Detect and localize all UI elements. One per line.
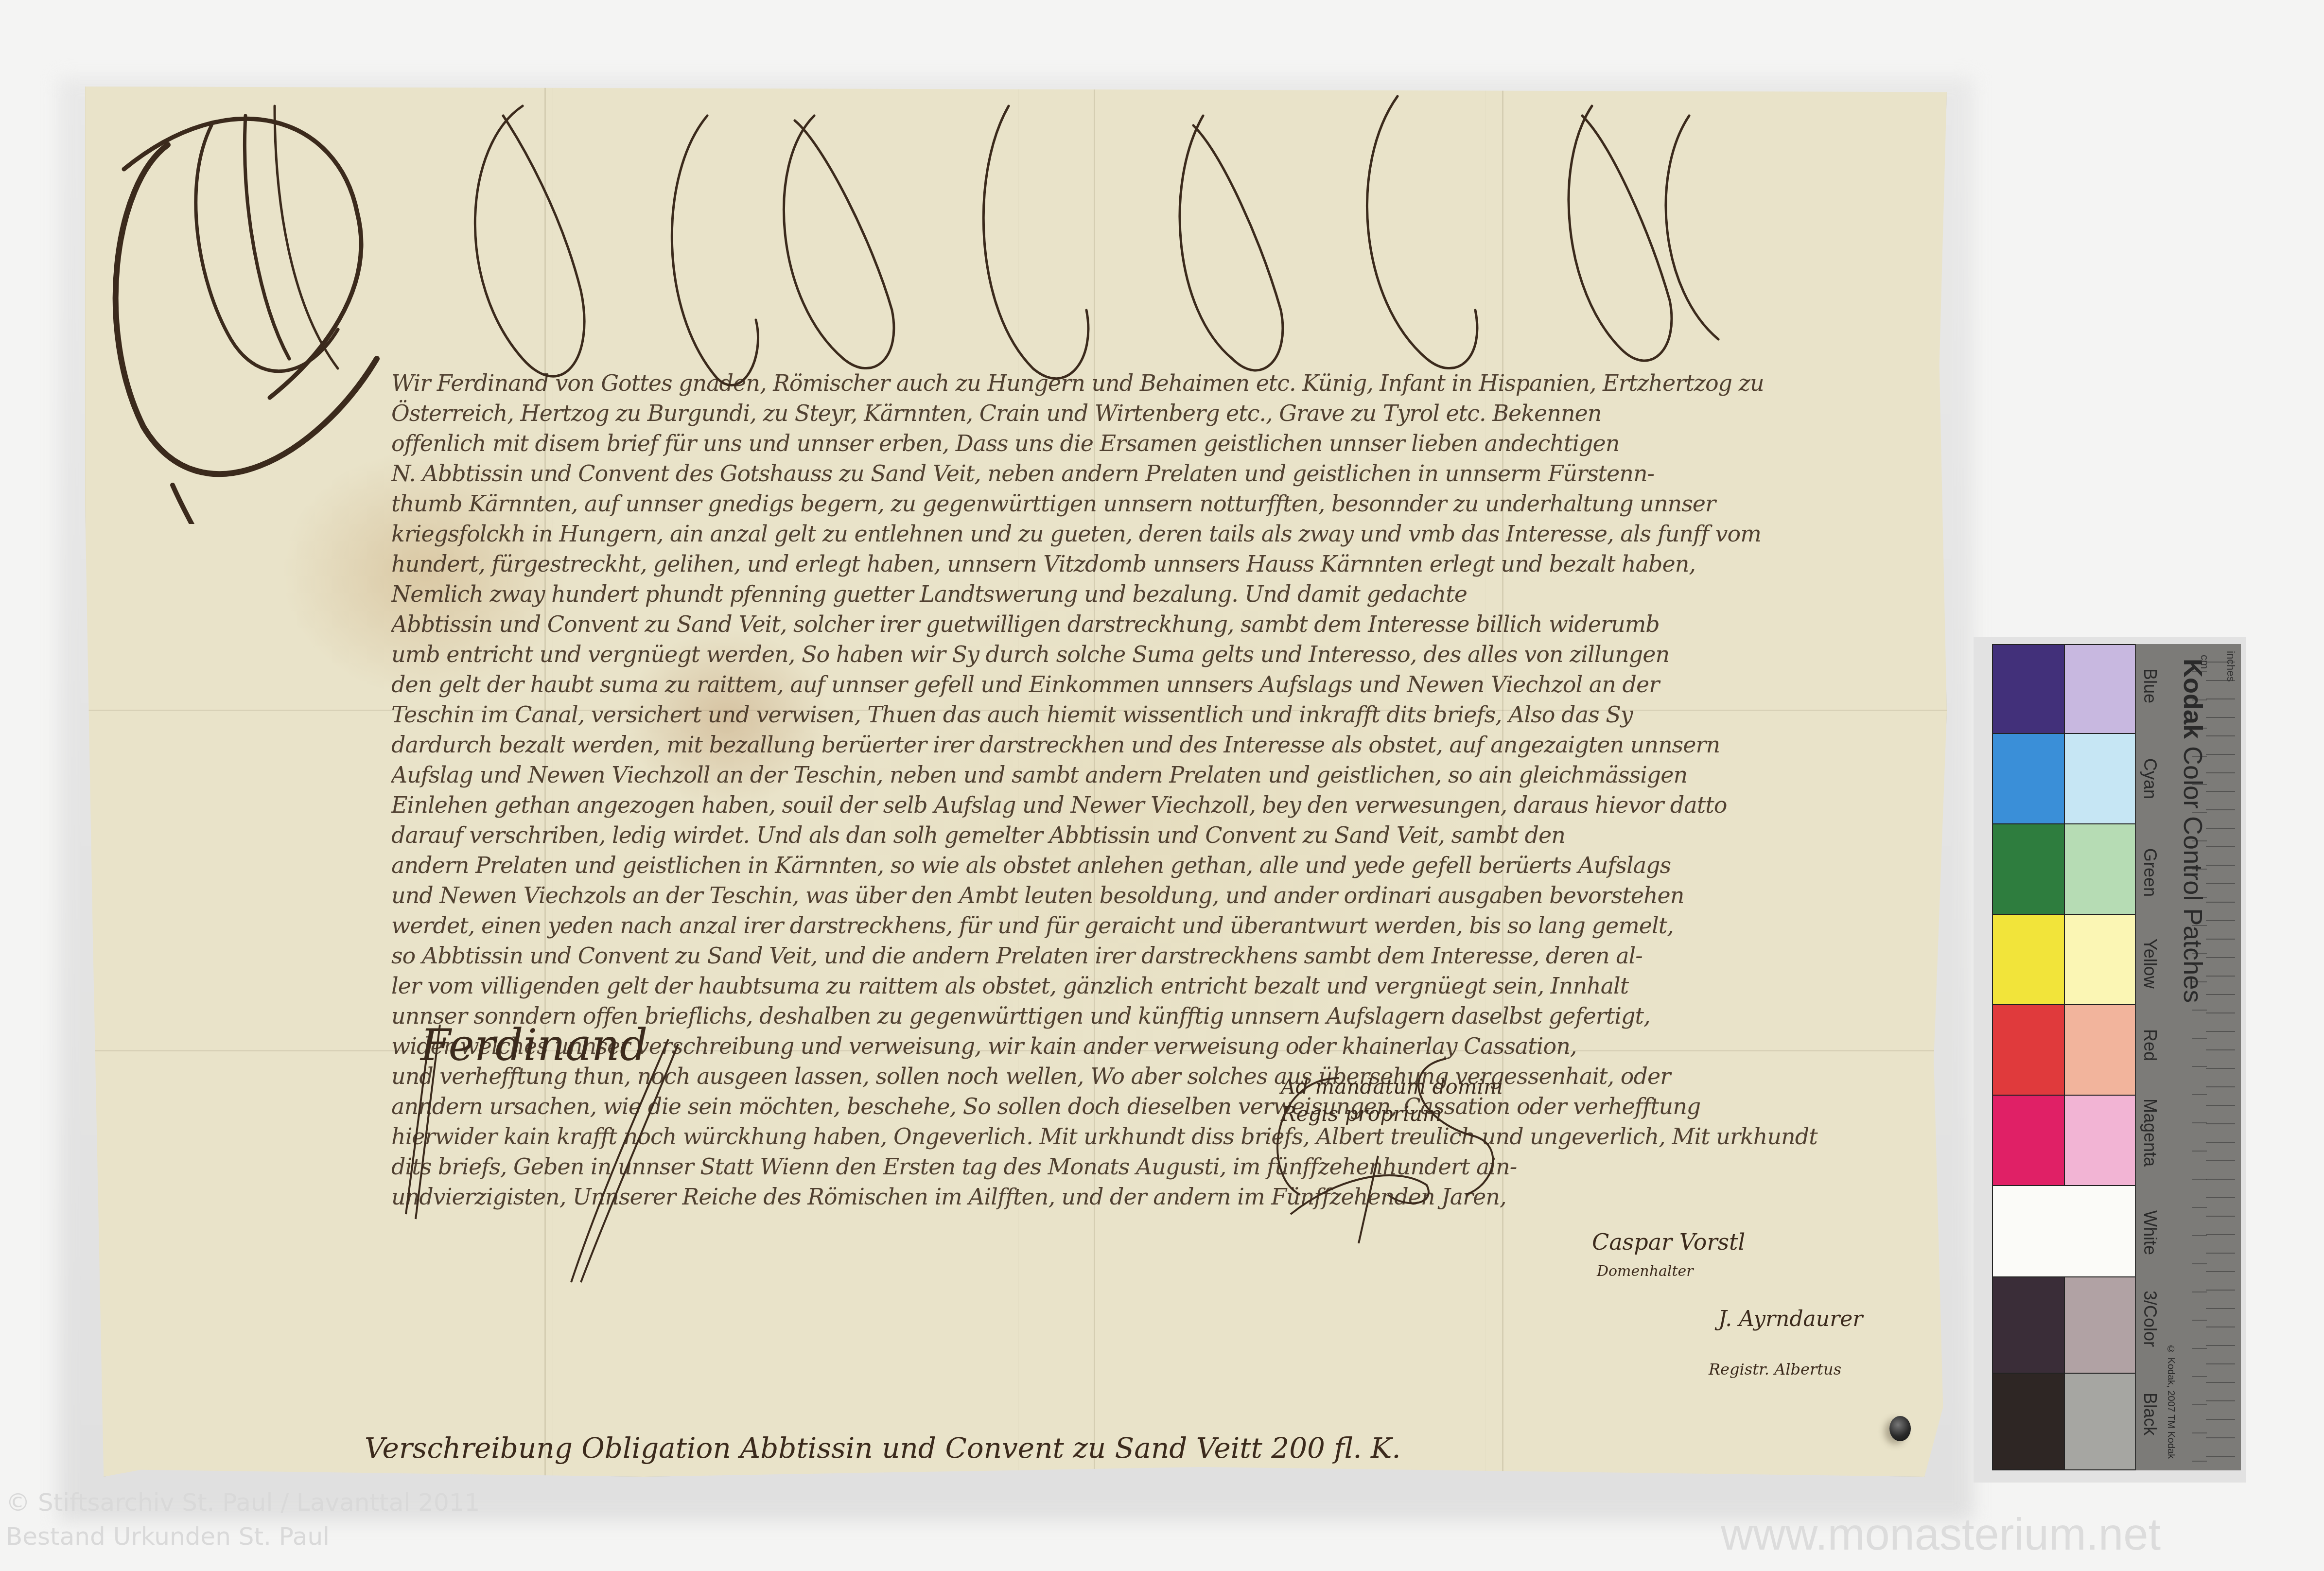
patch-cyan-light — [2064, 733, 2136, 824]
text-line: Teschin im Canal, versichert und verwise… — [391, 700, 1888, 729]
patch-green-light — [2064, 823, 2136, 915]
text-line: so Abbtissin und Convent zu Sand Veit, u… — [391, 941, 1888, 970]
patch-yellow-dark — [1992, 914, 2065, 1005]
label-green: Green — [2140, 848, 2160, 897]
text-line: N. Abbtissin und Convent des Gotshauss z… — [391, 459, 1888, 488]
signature-official-1: Caspar Vorstl — [1592, 1229, 1745, 1255]
patch-magenta-light — [2064, 1095, 2136, 1186]
text-line: thumb Kärnnten, auf unnser gnedigs beger… — [391, 489, 1888, 518]
measurement-ruler: Kodak Color Control Patches Blue Cyan Gr… — [2135, 644, 2241, 1470]
mounting-pin — [1971, 81, 1992, 106]
text-line: Abbtissin und Convent zu Sand Veit, solc… — [391, 610, 1888, 639]
patch-3color-dark — [1992, 1276, 2065, 1374]
text-line: kriegsfolckh in Hungern, ain anzal gelt … — [391, 519, 1888, 548]
inch-ticks — [2206, 644, 2235, 1470]
label-yellow: Yellow — [2140, 939, 2160, 989]
text-line: Nemlich zway hundert phundt pfenning gue… — [391, 579, 1888, 609]
text-line: andern Prelaten und geistlichen in Kärnn… — [391, 851, 1888, 880]
text-line: Einlehen gethan angezogen haben, souil d… — [391, 790, 1888, 820]
archive-fonds-watermark: Bestand Urkunden St. Paul — [6, 1522, 330, 1551]
patch-red-light — [2064, 1004, 2136, 1096]
patch-cyan-dark — [1992, 733, 2065, 824]
label-black: Black — [2140, 1393, 2160, 1435]
monasterium-url-watermark: www.monasterium.net — [1721, 1509, 2161, 1560]
label-magenta: Magenta — [2140, 1099, 2160, 1167]
text-line: dardurch bezalt werden, mit bezallung be… — [391, 730, 1888, 759]
patch-blue-light — [2064, 644, 2136, 734]
chancery-flourish — [1242, 1049, 1514, 1243]
patch-black-dark — [1992, 1373, 2065, 1470]
patch-black-light — [2064, 1373, 2136, 1470]
charter-parchment: Wir Ferdinand von Gottes gnaden, Römisch… — [85, 87, 1947, 1477]
kodak-brand-title: Kodak Color Control Patches — [2178, 659, 2208, 1003]
text-line: den gelt der haubt suma zu raittem, auf … — [391, 670, 1888, 699]
signature-official-4: Registr. Albertus — [1709, 1360, 1841, 1379]
text-line: werdet, einen yeden nach anzal irer dars… — [391, 911, 1888, 940]
mounting-pin — [1889, 1416, 1911, 1441]
label-3color: 3/Color — [2140, 1291, 2160, 1347]
patch-white — [1992, 1185, 2136, 1277]
text-line: und Newen Viechzols an der Teschin, was … — [391, 881, 1888, 910]
kodak-copyright: © Kodak, 2007 TM Kodak — [2165, 1344, 2176, 1459]
text-line: darauf verschriben, ledig wirdet. Und al… — [391, 820, 1888, 850]
text-line: offenlich mit disem brief für uns und un… — [391, 429, 1888, 458]
patch-magenta-dark — [1992, 1095, 2065, 1186]
patch-3color-light — [2064, 1276, 2136, 1374]
patch-yellow-light — [2064, 914, 2136, 1005]
archive-copyright-watermark: © Stiftsarchiv St. Paul / Lavanttal 2011 — [6, 1488, 480, 1517]
patch-green-dark — [1992, 823, 2065, 915]
text-line: Wir Ferdinand von Gottes gnaden, Römisch… — [391, 368, 1888, 398]
signature-official-3: J. Ayrndaurer — [1718, 1307, 1863, 1331]
text-line: Österreich, Hertzog zu Burgundi, zu Stey… — [391, 399, 1888, 428]
label-white: White — [2140, 1210, 2160, 1255]
patch-blue-dark — [1992, 644, 2065, 734]
label-blue: Blue — [2140, 668, 2160, 703]
charter-body-text: Wir Ferdinand von Gottes gnaden, Römisch… — [391, 368, 1888, 1049]
cm-unit-label: cm — [2198, 655, 2211, 669]
inch-unit-label: inches — [2224, 651, 2237, 682]
text-line: umb entricht und vergnüegt werden, So ha… — [391, 640, 1888, 669]
kodak-color-target: Kodak Color Control Patches Blue Cyan Gr… — [1992, 644, 2241, 1470]
patch-red-dark — [1992, 1004, 2065, 1096]
text-line: ler vom villigenden gelt der haubtsuma z… — [391, 971, 1888, 1000]
label-cyan: Cyan — [2140, 758, 2160, 799]
dorsal-endorsement-note: Verschreibung Obligation Abbtissin und C… — [365, 1431, 1401, 1465]
text-line: hundert, fürgestreckht, gelihen, und erl… — [391, 549, 1888, 578]
label-red: Red — [2140, 1029, 2160, 1061]
signature-official-2: Domenhalter — [1597, 1263, 1694, 1280]
signature-flourish — [396, 1010, 688, 1302]
text-line: Aufslag und Newen Viechzoll an der Tesch… — [391, 760, 1888, 789]
